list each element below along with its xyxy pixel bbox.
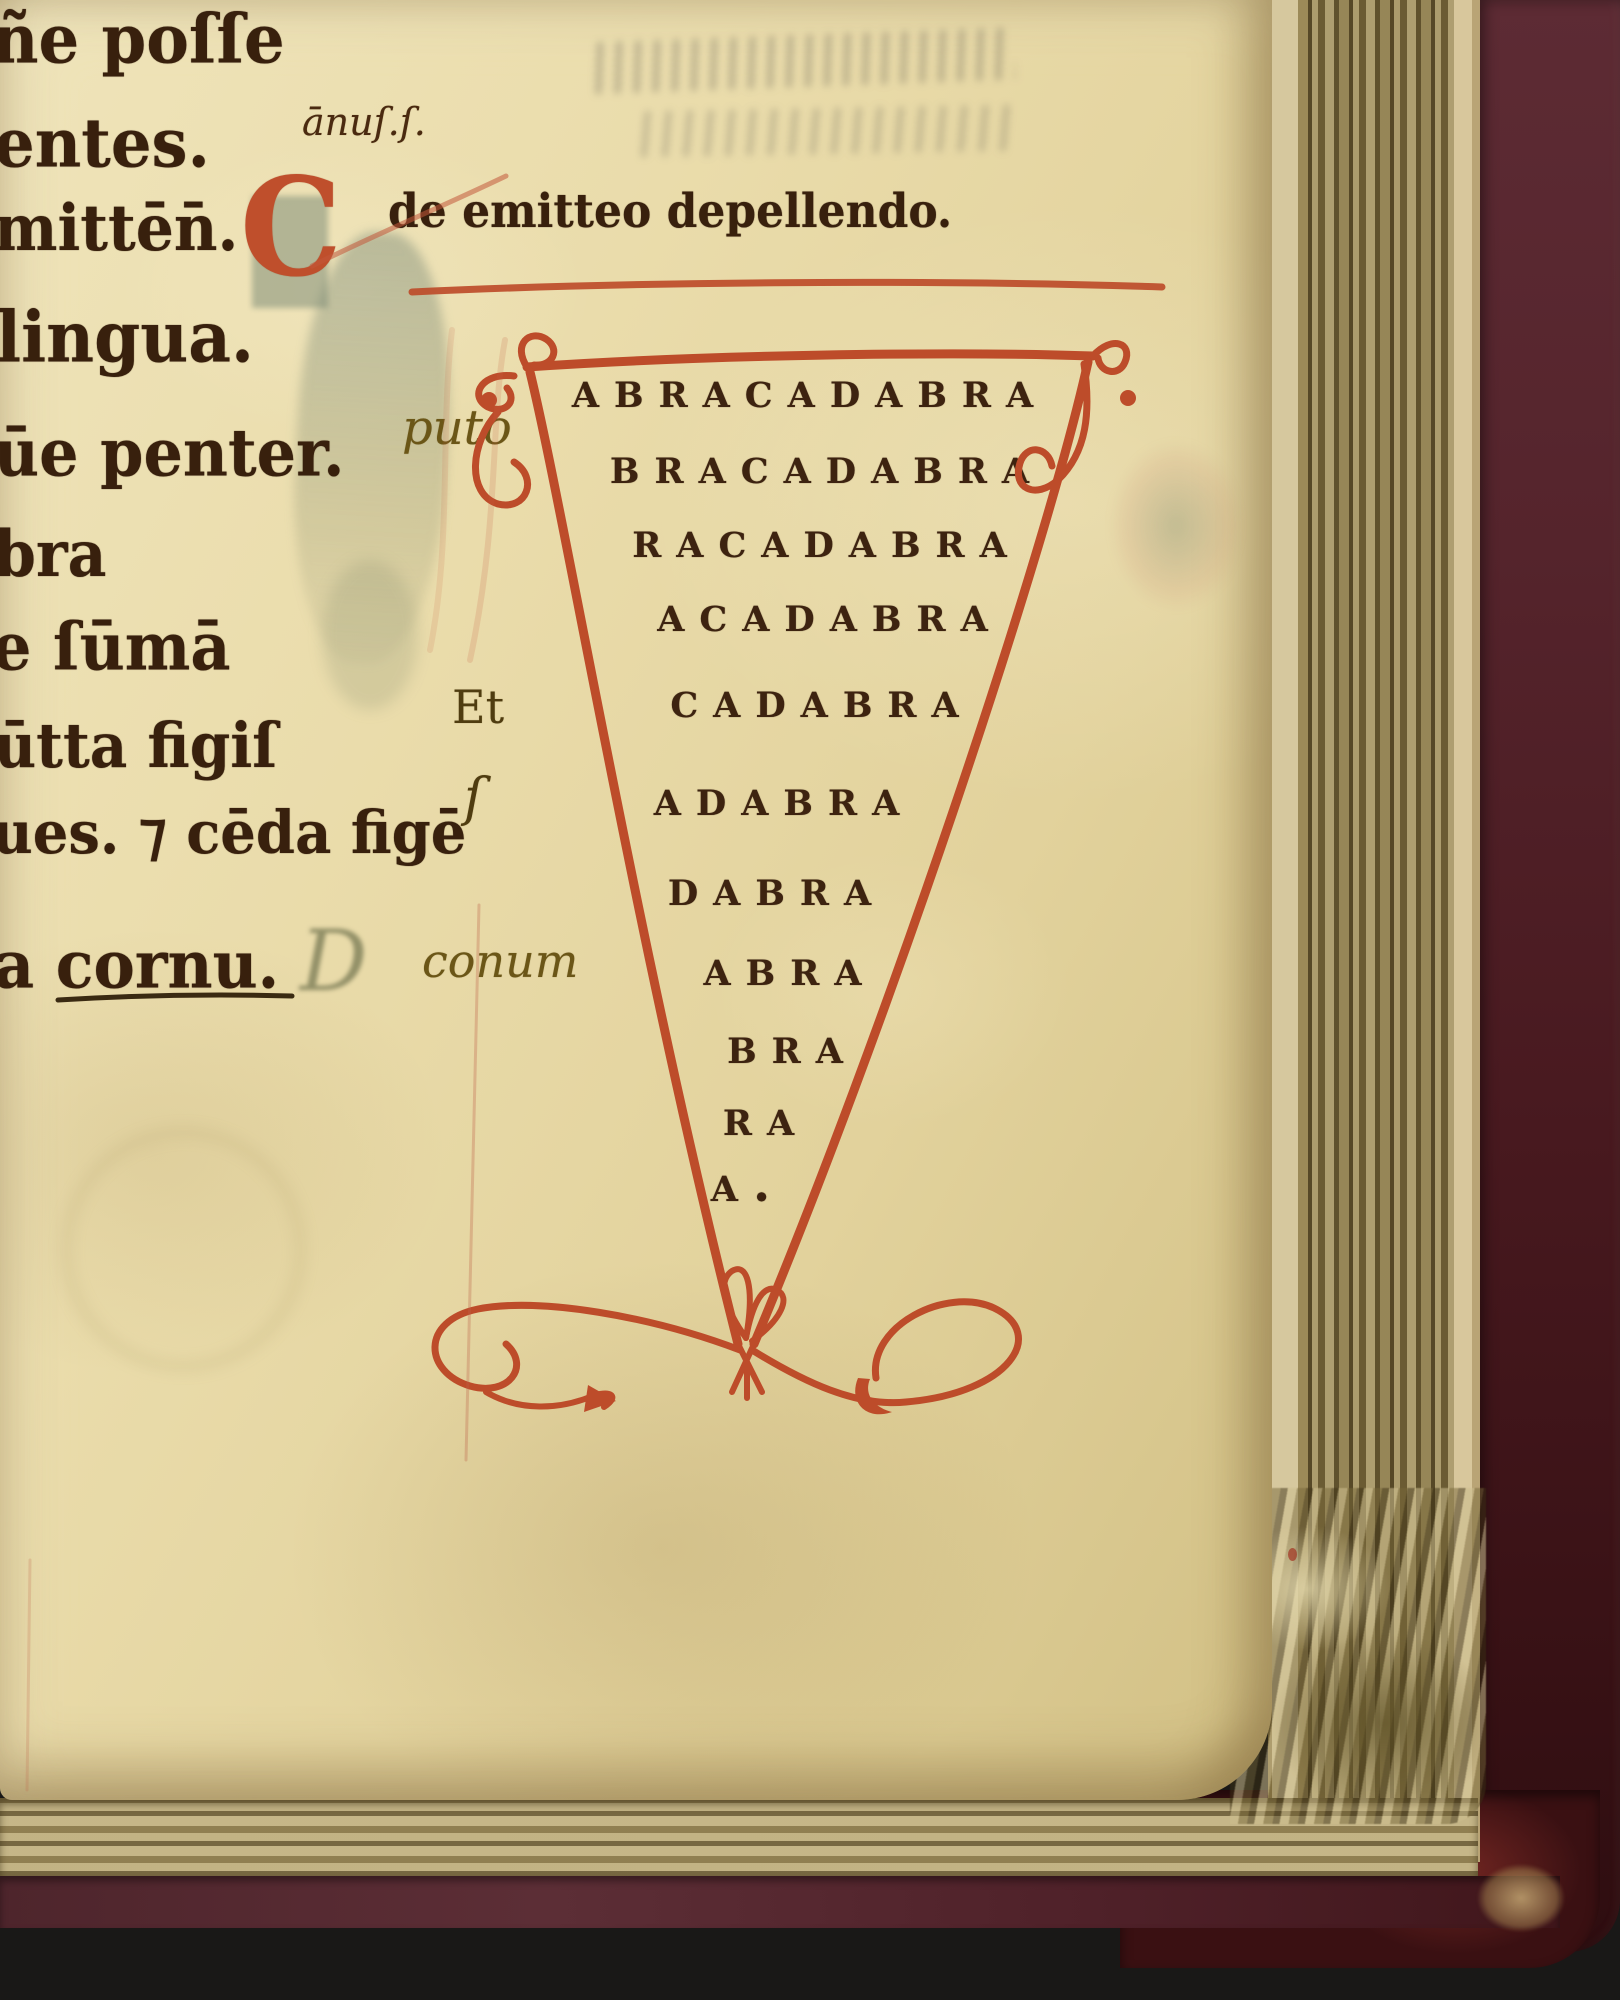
manuscript-photo: ñe poſſe entes. ānuſ.ſ. mittēn̄. C de em… bbox=[0, 0, 1620, 2000]
text-line: lingua. bbox=[0, 296, 254, 379]
text-line: e ſūmā bbox=[0, 608, 231, 685]
heading-underline bbox=[412, 282, 1162, 292]
showthrough-ghost-top bbox=[584, 28, 1016, 95]
abracadabra-line: bra bbox=[720, 1016, 865, 1075]
margin-note-conum: conum bbox=[422, 934, 578, 988]
margin-note-s: ſ bbox=[464, 768, 483, 828]
text-line: mittēn̄. bbox=[0, 192, 238, 266]
abracadabra-line: racadabra bbox=[617, 510, 1037, 569]
margin-note-puto: puto bbox=[402, 400, 512, 456]
abracadabra-line: ra bbox=[720, 1088, 812, 1147]
faint-stain-ring bbox=[62, 1128, 305, 1371]
abracadabra-line: bracadabra bbox=[602, 436, 1052, 495]
abracadabra-line: acadabra bbox=[638, 584, 1022, 643]
heading-initial: C bbox=[240, 160, 342, 296]
showthrough-ghost-right bbox=[1092, 418, 1260, 633]
red-fleck bbox=[1288, 1548, 1297, 1561]
book-cover-right bbox=[1478, 0, 1620, 1952]
abracadabra-line: dabra bbox=[665, 858, 889, 917]
manuscript-page: ñe poſſe entes. ānuſ.ſ. mittēn̄. C de em… bbox=[0, 0, 1272, 1800]
text-line: bra bbox=[0, 518, 106, 592]
text-line: entes. bbox=[0, 104, 210, 184]
pigment-wash-tail bbox=[322, 560, 418, 710]
abracadabra-line: a. bbox=[706, 1154, 790, 1213]
margin-note-top: ānuſ.ſ. bbox=[302, 100, 426, 144]
abracadabra-line: abra bbox=[698, 938, 882, 997]
text-line: ñe poſſe bbox=[0, 0, 285, 79]
text-line: ūe penter. bbox=[0, 414, 345, 491]
text-line: a cornu. bbox=[0, 926, 279, 1003]
ghost-letter: D bbox=[300, 912, 367, 1010]
book-cover-bottom bbox=[0, 1876, 1560, 1928]
abracadabra-line: adabra bbox=[652, 768, 916, 827]
showthrough-ghost-top-2 bbox=[630, 105, 1021, 158]
abracadabra-line: abracadabra bbox=[535, 360, 1085, 419]
rubrication-linework bbox=[0, 0, 1272, 1800]
abracadabra-line: cadabra bbox=[650, 670, 994, 729]
chapter-heading: de emitteo depellendo. bbox=[388, 184, 952, 238]
margin-note-et: Et bbox=[452, 680, 504, 734]
text-line: ues. ⁊ cēda figē bbox=[0, 798, 466, 868]
text-line: ūtta figiſ bbox=[0, 710, 277, 782]
